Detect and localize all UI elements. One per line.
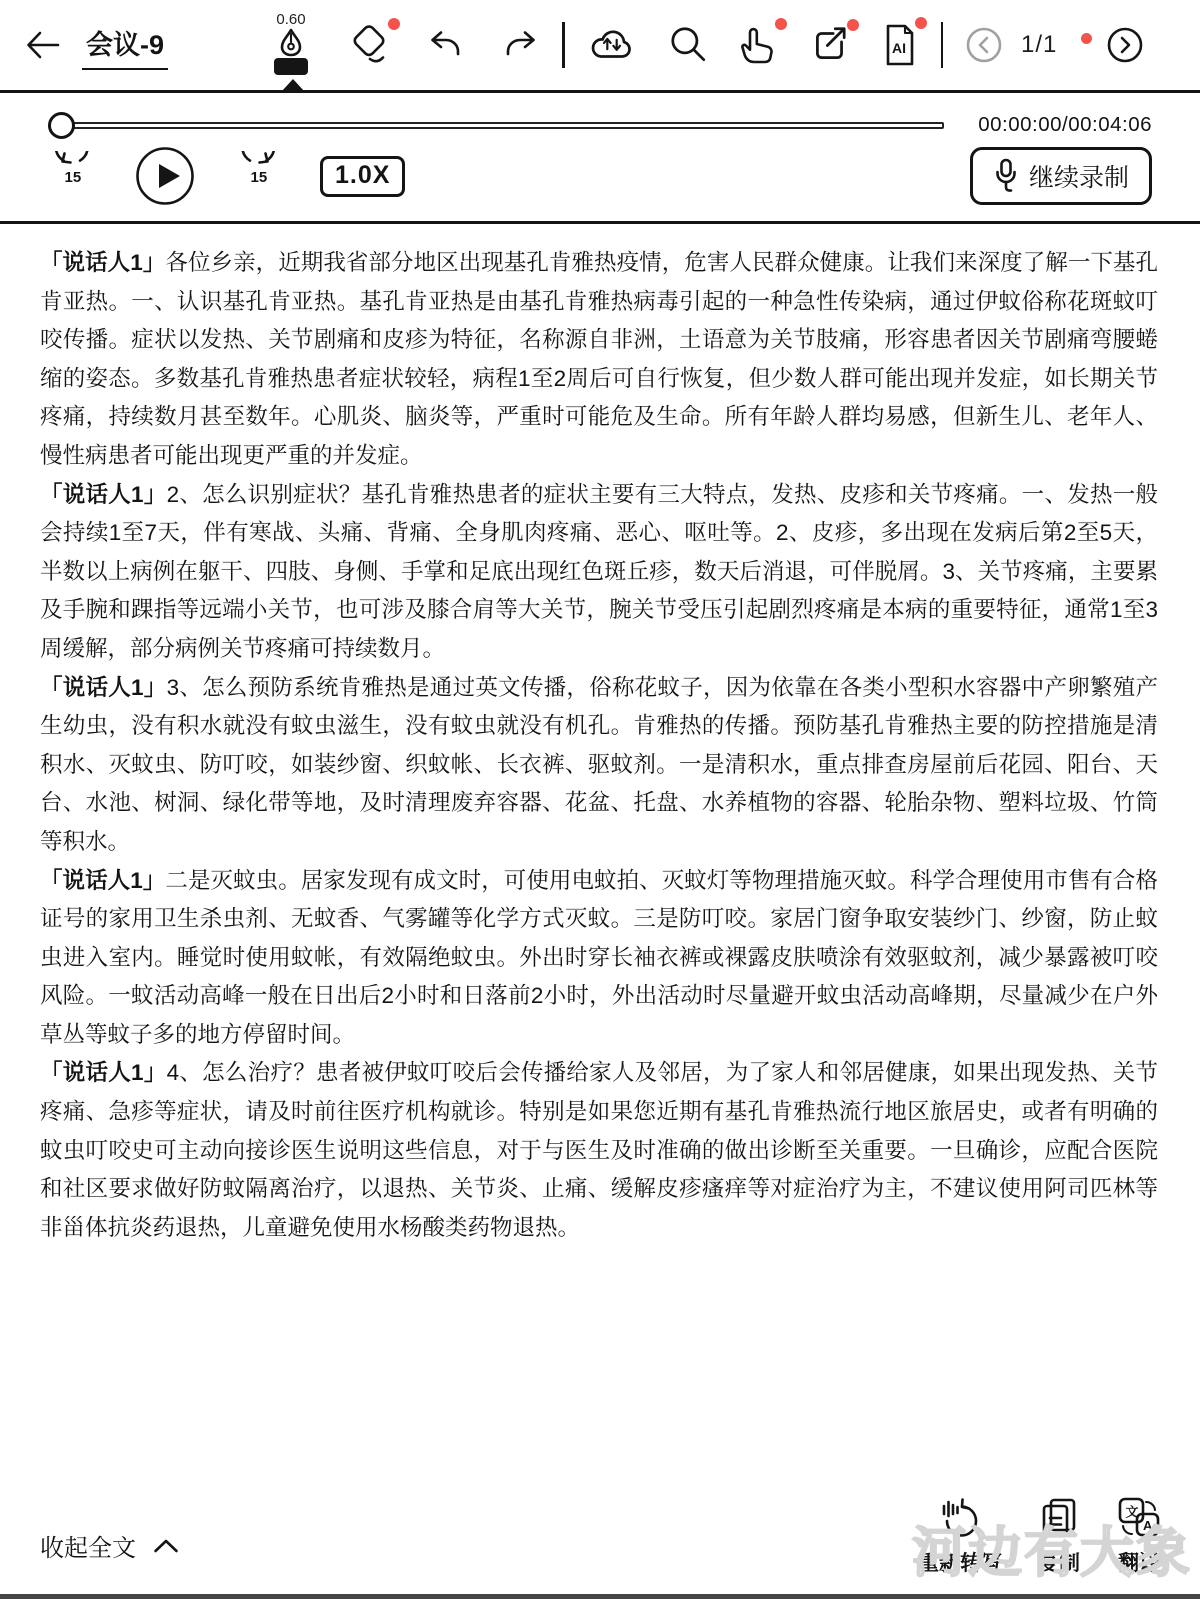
paragraph-text: 各位乡亲，近期我省部分地区出现基孔肯雅热疫情，危害人民群众健康。让我们来深度了解… [40, 250, 1158, 468]
undo-icon [426, 27, 466, 63]
skip-back-15-icon: 15 [48, 151, 96, 201]
transcript-area: 「说话人1」各位乡亲，近期我省部分地区出现基孔肯雅热疫情，危害人民群众健康。让我… [0, 224, 1200, 1247]
hand-gesture-button[interactable] [739, 23, 779, 67]
transcript-paragraph: 「说话人1」3、怎么预防系统肯雅热是通过英文传播，俗称花蚊子，因为依靠在各类小型… [40, 669, 1158, 862]
playback-slider[interactable] [48, 111, 944, 139]
copy-label: 复制 [1038, 1547, 1080, 1577]
copy-button[interactable]: 复制 [1036, 1495, 1082, 1577]
eraser-icon [348, 23, 392, 67]
next-page-button[interactable] [1106, 26, 1144, 64]
redo-icon [500, 27, 540, 63]
page-notification-dot [1081, 33, 1092, 44]
page-title: 会议-9 [82, 21, 168, 70]
top-toolbar: 会议-9 0.60 [0, 0, 1200, 93]
ai-badge-text: AI [892, 40, 906, 56]
continue-recording-button[interactable]: 继续录制 [970, 147, 1152, 205]
bottom-edge-line [0, 1594, 1200, 1599]
footer-actions: 重新转写 复制 文 A 翻译 [918, 1495, 1162, 1577]
speaker-label: 「说话人1」 [40, 675, 167, 700]
player-controls-row: 15 15 1.0X 继续录制 [48, 145, 1152, 207]
transcript-paragraph: 「说话人1」各位乡亲，近期我省部分地区出现基孔肯雅热疫情，危害人民群众健康。让我… [40, 244, 1158, 476]
chevron-left-circle-icon [965, 26, 1003, 64]
transcript-paragraph: 「说话人1」二是灭蚊虫。居家发现有成文时，可使用电蚊拍、灭蚊灯等物理措施灭蚊。科… [40, 862, 1158, 1055]
search-icon [667, 24, 709, 66]
retranscribe-label: 重新转写 [918, 1547, 1002, 1577]
paragraph-text: 3、怎么预防系统肯雅热是通过英文传播，俗称花蚊子，因为依靠在各类小型积水容器中产… [40, 675, 1158, 854]
play-button[interactable] [134, 145, 196, 207]
translate-label: 翻译 [1118, 1547, 1160, 1577]
paragraph-text: 二是灭蚊虫。居家发现有成文时，可使用电蚊拍、灭蚊灯等物理措施灭蚊。科学合理使用市… [40, 868, 1158, 1047]
eraser-notification-dot [388, 18, 400, 30]
collapse-transcript-button[interactable]: 收起全文 [40, 1528, 180, 1563]
skip-forward-15-icon: 15 [234, 151, 282, 201]
retranscribe-button[interactable]: 重新转写 [918, 1495, 1002, 1577]
back-icon [24, 27, 62, 63]
playback-speed-button[interactable]: 1.0X [320, 156, 405, 197]
transcript-paragraph: 「说话人1」4、怎么治疗？患者被伊蚊叮咬后会传播给家人及邻居，为了家人和邻居健康… [40, 1054, 1158, 1247]
translate-source-glyph: 文 [1126, 1505, 1139, 1520]
pen-icon [268, 28, 314, 78]
cloud-sync-button[interactable] [587, 26, 637, 64]
ai-summary-button[interactable]: AI [881, 22, 919, 68]
collapse-label: 收起全文 [40, 1528, 136, 1563]
continue-recording-label: 继续录制 [1029, 158, 1129, 194]
paragraph-text: 4、怎么治疗？患者被伊蚊叮咬后会传播给家人及邻居，为了家人和邻居健康，如果出现发… [40, 1060, 1158, 1239]
skip-forward-label: 15 [251, 169, 268, 186]
translate-button[interactable]: 文 A 翻译 [1116, 1495, 1162, 1577]
speaker-label: 「说话人1」 [40, 868, 165, 893]
playback-time: 00:00:00/00:04:06 [978, 113, 1152, 137]
chevron-up-icon [152, 1538, 180, 1554]
speaker-label: 「说话人1」 [40, 482, 167, 507]
skip-forward-15-button[interactable]: 15 [234, 151, 282, 201]
paragraph-text: 2、怎么识别症状？基孔肯雅热患者的症状主要有三大特点，发热、皮疹和关节疼痛。一、… [40, 482, 1158, 661]
translate-icon: 文 A [1116, 1495, 1162, 1541]
chevron-right-circle-icon [1106, 26, 1144, 64]
copy-icon [1036, 1495, 1082, 1541]
audio-player-panel: 00:00:00/00:04:06 15 15 1.0X [0, 93, 1200, 224]
cloud-sync-icon [587, 26, 637, 64]
slider-knob[interactable] [48, 112, 75, 139]
page-indicator: 1/1 [1021, 31, 1057, 59]
undo-button[interactable] [426, 27, 466, 63]
retranscribe-icon [937, 1495, 983, 1541]
transcript-paragraph: 「说话人1」2、怎么识别症状？基孔肯雅热患者的症状主要有三大特点，发热、皮疹和关… [40, 476, 1158, 669]
toolbar-divider-2 [941, 22, 944, 68]
ai-notification-dot [915, 17, 927, 29]
speaker-label: 「说话人1」 [40, 250, 165, 275]
toolbar-divider-1 [562, 22, 565, 68]
ai-document-icon: AI [881, 22, 919, 68]
back-button[interactable] [24, 27, 62, 63]
footer-bar: 收起全文 重新转写 复制 [0, 1479, 1200, 1599]
share-icon [809, 24, 851, 66]
microphone-icon [993, 158, 1019, 194]
skip-back-15-button[interactable]: 15 [48, 151, 96, 201]
selected-tool-marker [282, 79, 304, 91]
slider-track[interactable] [72, 122, 944, 129]
pen-size-label: 0.60 [276, 13, 305, 27]
pen-tool-button[interactable]: 0.60 [268, 13, 314, 78]
redo-button[interactable] [500, 27, 540, 63]
hand-pointer-icon [739, 23, 779, 67]
hand-notification-dot [775, 18, 787, 30]
share-notification-dot [847, 19, 859, 31]
prev-page-button[interactable] [965, 26, 1003, 64]
search-button[interactable] [667, 24, 709, 66]
translate-target-glyph: A [1143, 1518, 1153, 1533]
play-icon [134, 145, 196, 207]
speaker-label: 「说话人1」 [40, 1060, 167, 1085]
eraser-tool-button[interactable] [348, 23, 392, 67]
player-timeline-row: 00:00:00/00:04:06 [48, 111, 1152, 139]
share-button[interactable] [809, 24, 851, 66]
skip-back-label: 15 [65, 169, 82, 186]
